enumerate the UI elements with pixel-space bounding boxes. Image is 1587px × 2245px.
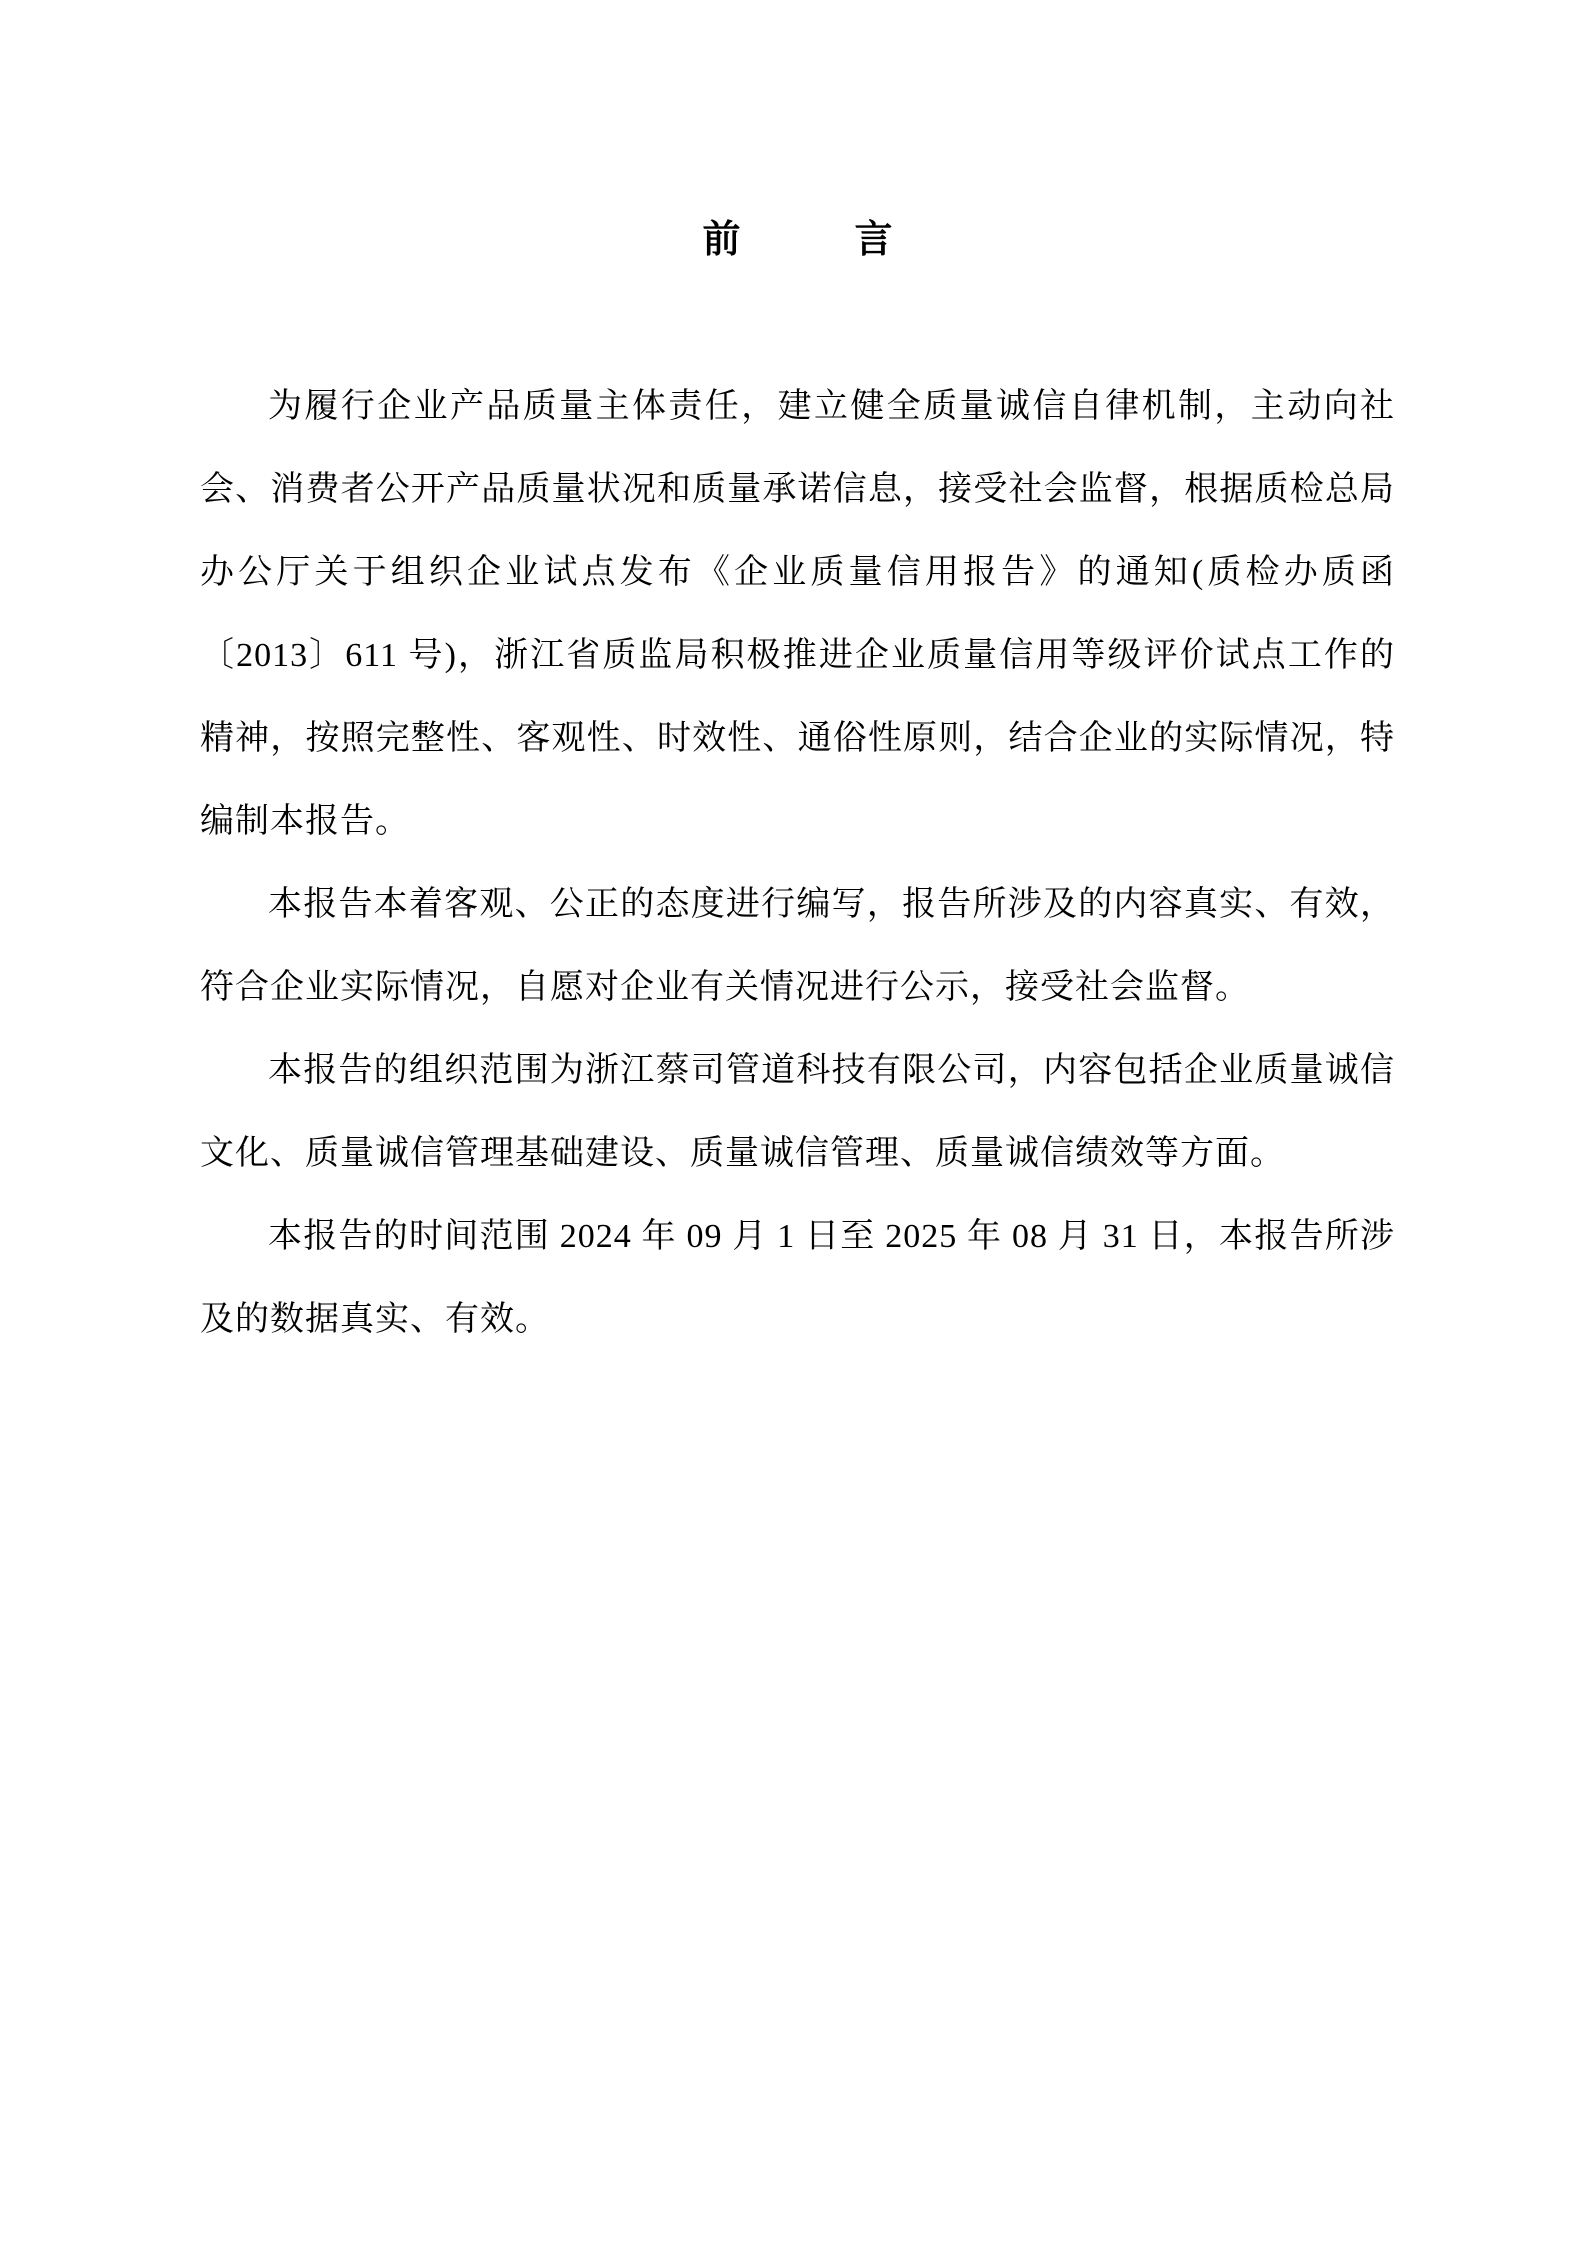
page-content: 为履行企业产品质量主体责任，建立健全质量诚信自律机制，主动向社会、消费者公开产品… bbox=[200, 365, 1395, 1361]
paragraph-scope: 本报告的组织范围为浙江蔡司管道科技有限公司，内容包括企业质量诚信文化、质量诚信管… bbox=[200, 1029, 1395, 1195]
paragraph-time-range: 本报告的时间范围 2024 年 09 月 1 日至 2025 年 08 月 31… bbox=[200, 1195, 1395, 1361]
paragraph-intro: 为履行企业产品质量主体责任，建立健全质量诚信自律机制，主动向社会、消费者公开产品… bbox=[200, 365, 1395, 863]
document-page: 前 言 为履行企业产品质量主体责任，建立健全质量诚信自律机制，主动向社会、消费者… bbox=[0, 0, 1587, 2245]
page-title: 前 言 bbox=[200, 215, 1395, 265]
paragraph-attitude: 本报告本着客观、公正的态度进行编写，报告所涉及的内容真实、有效，符合企业实际情况… bbox=[200, 863, 1395, 1029]
